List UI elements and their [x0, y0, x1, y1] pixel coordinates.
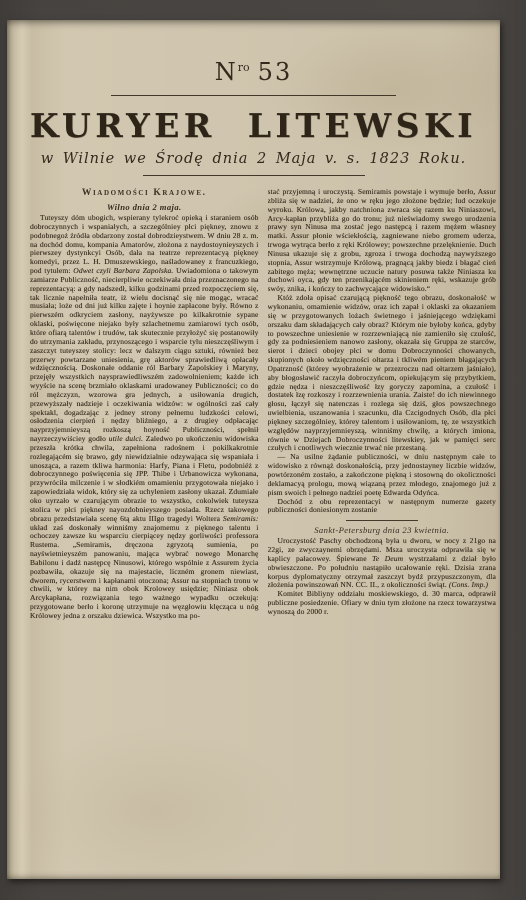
column-1: Wiadomości Krajowe. Wilno dnia 2 maja. T… [30, 188, 259, 836]
column2-paragraphs: stać przyjemną i uroczystą. Semiramis po… [268, 188, 497, 515]
newspaper-title: KURYER LITEWSKI [7, 106, 500, 145]
paragraph: Komitet Bibliyny oddziału moskiewskiego,… [268, 590, 497, 617]
wilno-dateline: Wilno dnia 2 maja. [30, 202, 259, 212]
petersburg-paragraphs: Uroczystość Paschy obchodzoną była u dwo… [268, 537, 497, 617]
issue-superscript: ro [238, 61, 250, 74]
body-text: stać przyjemną i uroczystą. Semiramis po… [268, 188, 497, 293]
column-2: stać przyjemną i uroczystą. Semiramis po… [268, 188, 497, 836]
paragraph: stać przyjemną i uroczystą. Semiramis po… [268, 188, 497, 294]
section-separator-rule [346, 520, 418, 521]
section-heading-domestic-news: Wiadomości Krajowe. [30, 188, 259, 198]
issue-value: 53 [258, 58, 293, 86]
publication-dateline: w Wilnie we Środę dnia 2 Maja v. s. 1823… [7, 151, 500, 167]
masthead-rule-top [111, 95, 396, 96]
emphasized-text: Odwet czyli Barbara Zapolska. [73, 266, 173, 275]
body-text: Zaledwo po ukończeniu widowiska przeszła… [30, 434, 259, 523]
newspaper-page: Nro53 KURYER LITEWSKI w Wilnie we Środę … [7, 20, 500, 879]
column1-paragraphs: Tuteyszy dóm ubogich, wspierany tylekroć… [30, 214, 259, 621]
emphasized-text: (Cons. Imp.) [449, 580, 488, 589]
newspaper-scan: Nro53 KURYER LITEWSKI w Wilnie we Środę … [0, 0, 526, 900]
masthead: Nro53 KURYER LITEWSKI w Wilnie we Środę … [7, 20, 500, 176]
paragraph: Któż zdoła opisać czarującą piękność teg… [268, 294, 497, 453]
paragraph: Dochód z obu reprezentacyi w następnym n… [268, 498, 497, 516]
body-text: Komitet Bibliyny oddziału moskiewskiego,… [268, 589, 497, 616]
body-text: Dochód z obu reprezentacyi w następnym n… [268, 497, 497, 515]
body-text: — Na usilne żądanie publiczności, w dniu… [268, 452, 497, 496]
body-text: układ zaś doskonały winniśmy znajomemu z… [30, 523, 259, 620]
emphasized-text: Te Deum [372, 554, 403, 563]
paragraph: Uroczystość Paschy obchodzoną była u dwo… [268, 537, 497, 590]
emphasized-text: utile dulci. [109, 434, 143, 443]
issue-prefix: N [215, 58, 238, 86]
paragraph: — Na usilne żądanie publiczności, w dniu… [268, 453, 497, 497]
paragraph: Tuteyszy dóm ubogich, wspierany tylekroć… [30, 214, 259, 621]
body-columns: Wiadomości Krajowe. Wilno dnia 2 maja. T… [7, 176, 500, 836]
emphasized-text: Semiramis: [223, 514, 259, 523]
issue-number: Nro53 [7, 58, 500, 86]
body-text: Uwiadomiona o takowym zamiarze Publiczno… [30, 266, 259, 443]
body-text: Któż zdoła opisać czarującą piękność teg… [268, 293, 497, 452]
petersburg-dateline: Sankt-Petersburg dnia 23 kwietnia. [268, 525, 497, 535]
